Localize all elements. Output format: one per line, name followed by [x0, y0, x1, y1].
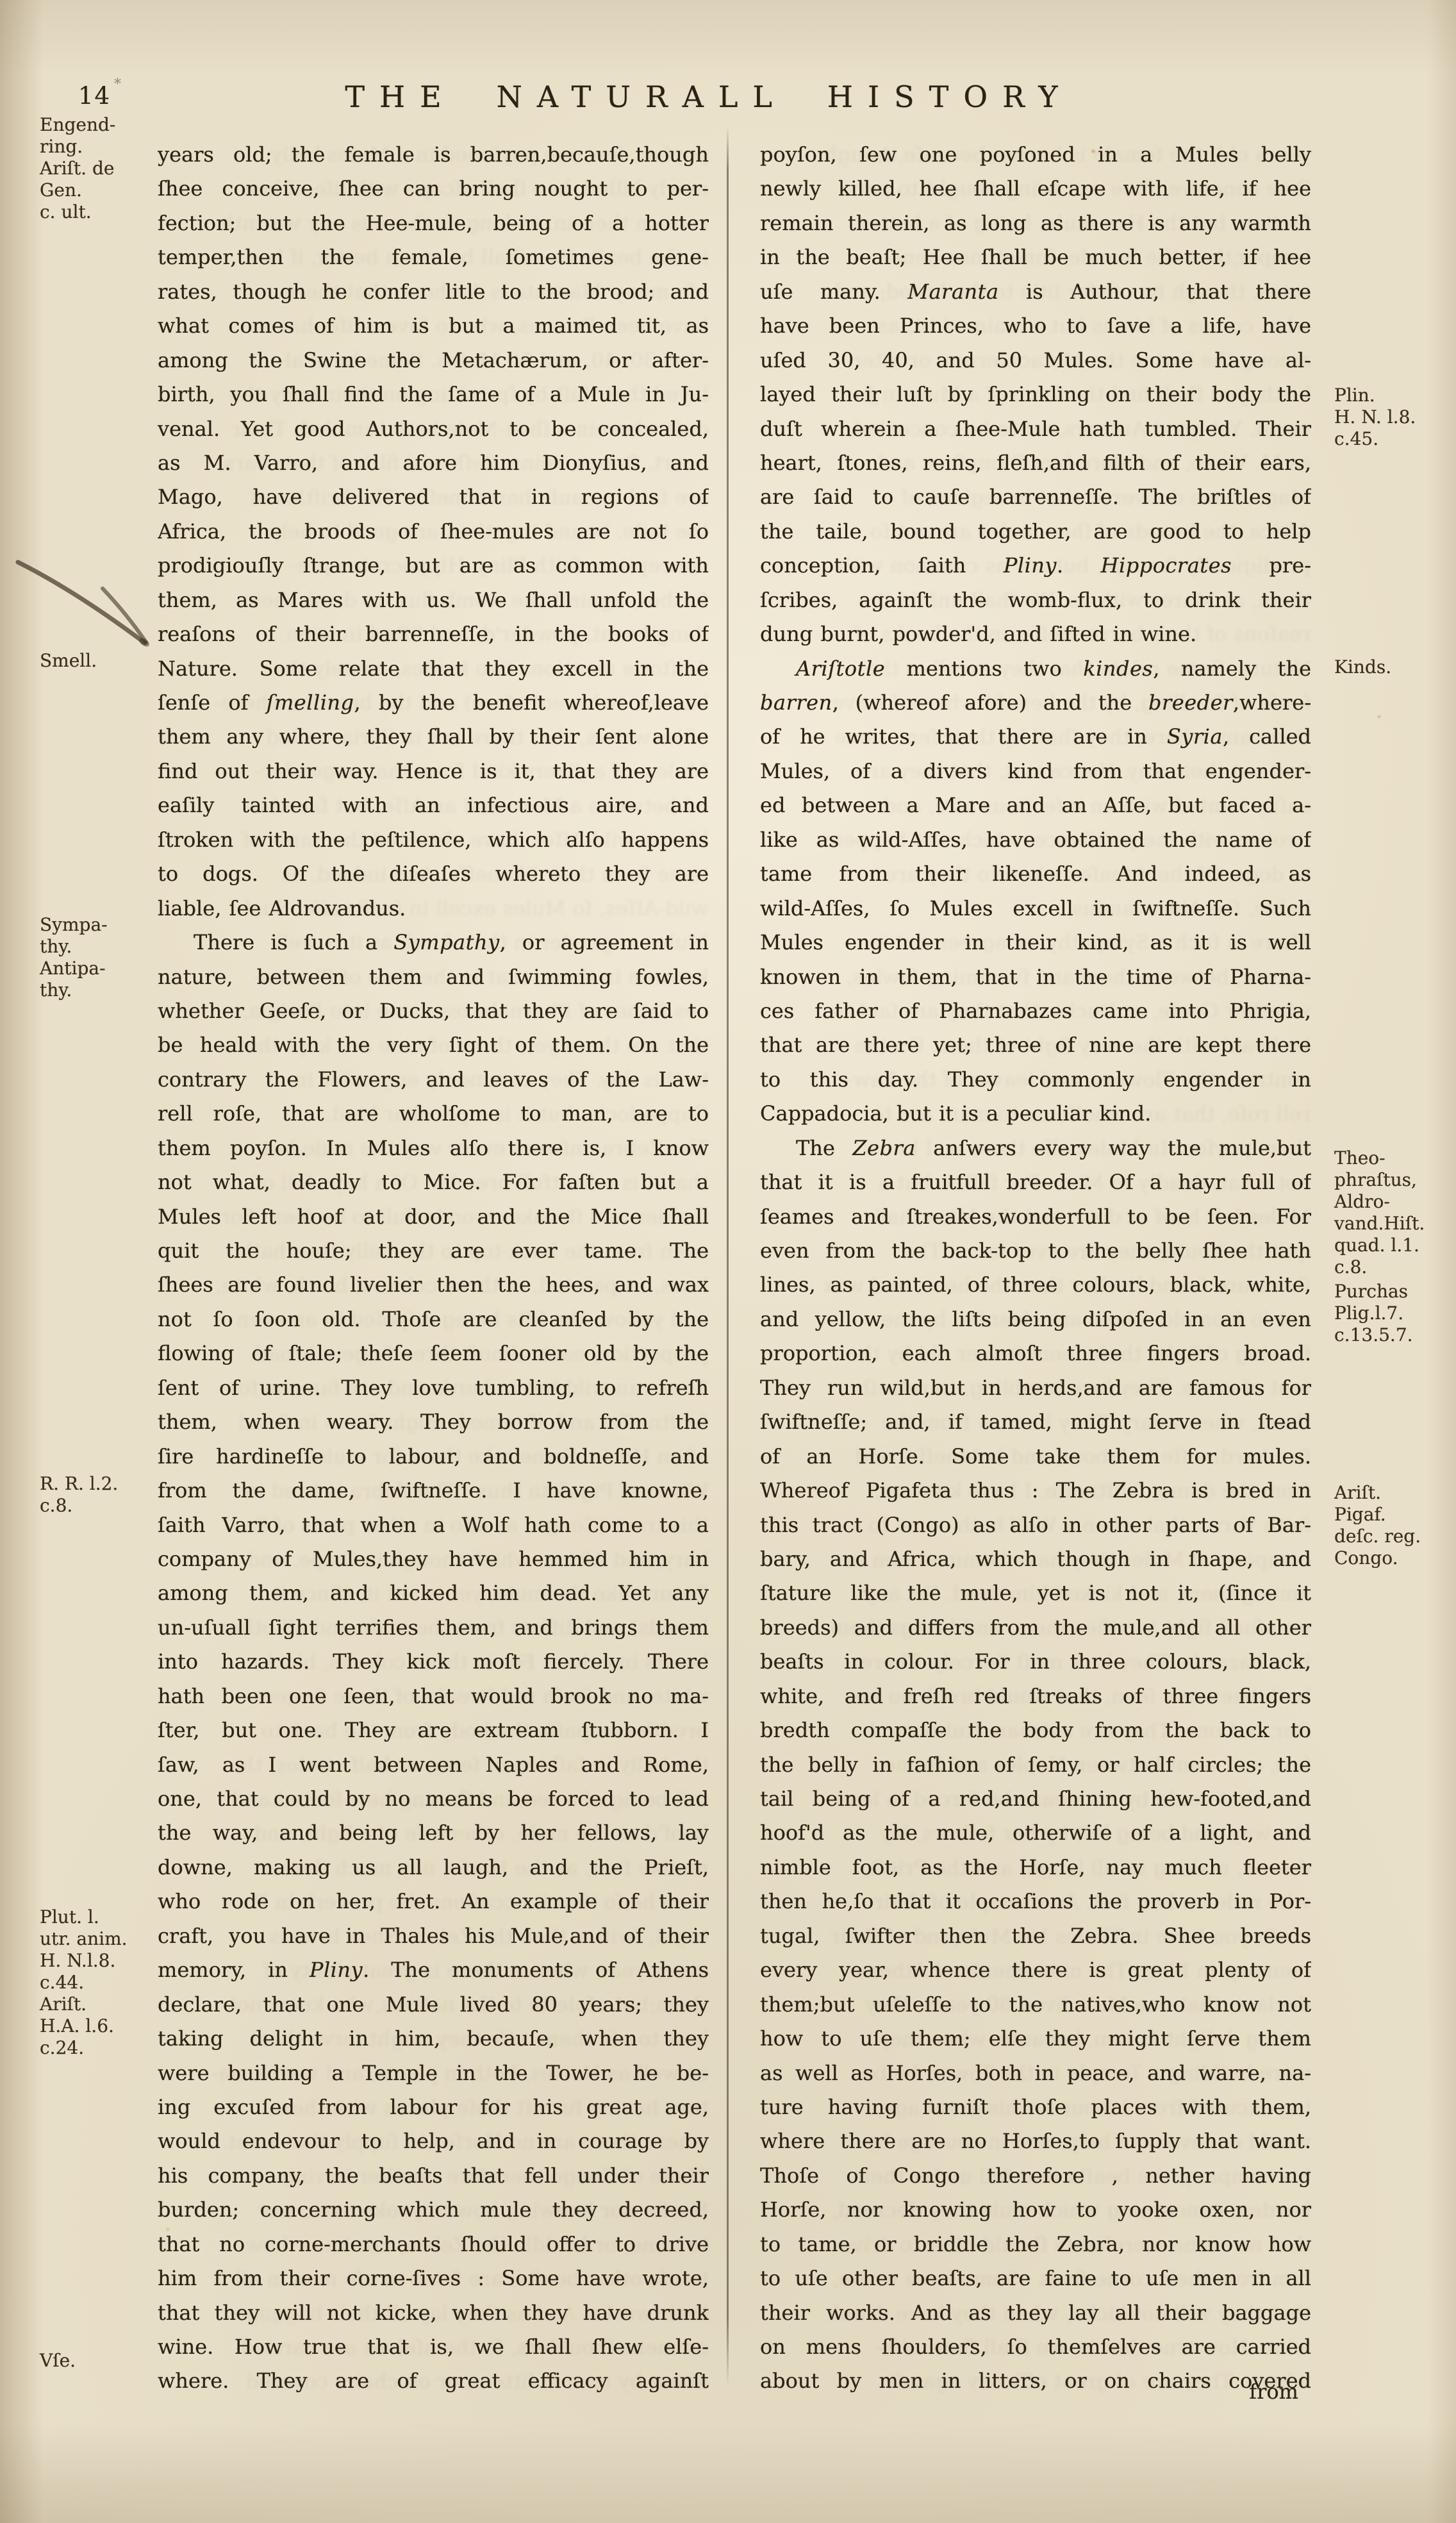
text-line: ing excuſed from labour for his great ag…: [158, 2090, 709, 2124]
text-line: every year, whence there is great plenty…: [760, 1953, 1311, 1987]
text-line: craft, you have in Thales his Mule,and o…: [158, 1919, 709, 1953]
text-line: prodigiouſly ſtrange, but are as common …: [158, 549, 709, 583]
text-line: The Zebra anſwers every way the mule,but: [760, 1131, 1311, 1165]
margin-note-plutarch: Plut. l.utr. anim.H. N.l.8.c.44.Ariſt.H.…: [40, 1906, 155, 2059]
margin-note-line: Ariſt. de: [40, 158, 155, 179]
text-line: ſire hardineſſe to labour, and boldneſſe…: [158, 1440, 709, 1474]
text-line: memory, in Pliny. The monuments of Athen…: [158, 1953, 709, 1987]
text-column-left: years old; the female is barren,becauſe,…: [158, 138, 709, 2399]
text-line: nimble foot, as the Horſe, nay much flee…: [760, 1851, 1311, 1885]
text-line: Horſe, nor knowing how to yooke oxen, no…: [760, 2193, 1311, 2227]
text-line: ſaw, as I went between Naples and Rome,: [158, 1748, 709, 1782]
text-line: not ſo ſoon old. Thoſe are cleanſed by t…: [158, 1303, 709, 1336]
text-line: among them, and kicked him dead. Yet any: [158, 1576, 709, 1610]
text-line: tugal, ſwifter then the Zebra. Shee bree…: [760, 1919, 1311, 1953]
text-line: ſtature like the mule, yet is not it, (ſ…: [760, 1576, 1311, 1610]
text-line: breeds) and differs from the mule,and al…: [760, 1611, 1311, 1645]
text-line: to this day. They commonly engender in: [760, 1063, 1311, 1097]
text-line: that it is a fruitfull breeder. Of a hay…: [760, 1165, 1311, 1199]
margin-note-line: Ariſt.: [40, 1994, 155, 2015]
margin-note-line: thy.: [40, 936, 155, 958]
margin-note-line: quad. l.1.: [1334, 1235, 1453, 1256]
text-line: as well as Horſes, both in peace, and wa…: [760, 2056, 1311, 2090]
text-line: ſeames and ſtreakes,wonderfull to be ſee…: [760, 1200, 1311, 1234]
margin-note-line: H.A. l.6.: [40, 2015, 155, 2037]
margin-note-line: Plin.: [1334, 385, 1453, 406]
text-line: years old; the female is barren,becauſe,…: [158, 138, 709, 172]
text-line: ces father of Pharnabazes came into Phri…: [760, 994, 1311, 1028]
text-line: declare, that one Mule lived 80 years; t…: [158, 1988, 709, 2022]
margin-note-line: c.24.: [40, 2037, 155, 2059]
text-line: tame from their likeneſſe. And indeed, a…: [760, 857, 1311, 891]
margin-note-line: c.44.: [40, 1972, 155, 1994]
margin-note-line: c.13.5.7.: [1334, 1324, 1453, 1346]
text-line: the belly in faſhion of ſemy, or half ci…: [760, 1748, 1311, 1782]
text-line: were building a Temple in the Tower, he …: [158, 2056, 709, 2090]
text-line: ſhee conceive, ſhee can bring nought to …: [158, 172, 709, 206]
margin-note-line: Engend-: [40, 114, 155, 136]
text-line: rates, though he confer litle to the bro…: [158, 275, 709, 309]
text-line: even from the back-top to the belly ſhee…: [760, 1234, 1311, 1268]
text-line: remain therein, as long as there is any …: [760, 206, 1311, 240]
text-line: where. They are of great efficacy againſ…: [158, 2364, 709, 2398]
text-line: his company, the beaſts that fell under …: [158, 2159, 709, 2193]
text-line: heart, ſtones, reins, fleſh,and filth of…: [760, 446, 1311, 480]
text-line: the taile, bound together, are good to h…: [760, 515, 1311, 549]
text-line: un-uſuall ſight terrifies them, and brin…: [158, 1611, 709, 1645]
text-line: proportion, each almoſt three fingers br…: [760, 1336, 1311, 1370]
text-line: to tame, or briddle the Zebra, nor know …: [760, 2227, 1311, 2261]
text-line: of he writes, that there are in Syria, c…: [760, 720, 1311, 754]
margin-note-line: phraſtus,: [1334, 1169, 1453, 1191]
text-line: ed between a Mare and an Aſſe, but faced…: [760, 788, 1311, 822]
margin-note-line: deſc. reg.: [1334, 1526, 1453, 1547]
text-line: hoof'd as the mule, otherwiſe of a light…: [760, 1816, 1311, 1850]
text-line: fection; but the Hee-mule, being of a ho…: [158, 206, 709, 240]
text-line: nature, between them and ſwimming fowles…: [158, 960, 709, 994]
text-line: newly killed, hee ſhall eſcape with life…: [760, 172, 1311, 206]
margin-note-line: Plig.l.7.: [1334, 1303, 1453, 1324]
text-line: wine. How true that is, we ſhall ſhew el…: [158, 2330, 709, 2364]
margin-note-line: Congo.: [1334, 1547, 1453, 1569]
text-line: have been Princes, who to ſave a life, h…: [760, 309, 1311, 343]
text-line: as M. Varro, and afore him Dionyſius, an…: [158, 446, 709, 480]
margin-note-line: Gen.: [40, 179, 155, 201]
text-line: are ſaid to cauſe barrenneſſe. The briſt…: [760, 480, 1311, 514]
text-line: Whereof Pigafeta thus : The Zebra is bre…: [760, 1474, 1311, 1508]
margin-note-line: c.8.: [1334, 1256, 1453, 1278]
text-line: burden; concerning which mule they decre…: [158, 2193, 709, 2227]
text-line: bredth compaſſe the body from the back t…: [760, 1713, 1311, 1747]
text-line: taking delight in him, becauſe, when the…: [158, 2022, 709, 2056]
text-line: rell roſe, that are wholſome to man, are…: [158, 1097, 709, 1131]
margin-note-line: c.45.: [1334, 428, 1453, 450]
margin-note-pliny: Plin.H. N. l.8.c.45.: [1334, 385, 1453, 450]
text-line: downe, making us all laugh, and the Prie…: [158, 1851, 709, 1885]
margin-note-line: c. ult.: [40, 201, 155, 223]
text-line: layed their luſt by ſprinkling on their …: [760, 378, 1311, 412]
text-line: wild-Aſſes, ſo Mules excell in ſwiftneſſ…: [760, 892, 1311, 926]
text-line: duſt wherein a ſhee-Mule hath tumbled. T…: [760, 412, 1311, 446]
text-line: ſhees are found livelier then the hees, …: [158, 1268, 709, 1302]
margin-note-line: Pigaf.: [1334, 1504, 1453, 1526]
text-line: beaſts in colour. For in three colours, …: [760, 1645, 1311, 1679]
text-line: Ariſtotle mentions two kindes, namely th…: [760, 652, 1311, 686]
text-line: venal. Yet good Authors,not to be concea…: [158, 412, 709, 446]
text-line: Mago, have delivered that in regions of: [158, 480, 709, 514]
text-line: this tract (Congo) as alſo in other part…: [760, 1508, 1311, 1542]
margin-note-line: H. N. l.8.: [1334, 406, 1453, 428]
text-line: quit the houſe; they are ever tame. The: [158, 1234, 709, 1268]
margin-note-line: Kinds.: [1334, 656, 1453, 678]
text-line: uſed 30, 40, and 50 Mules. Some have al-: [760, 344, 1311, 378]
text-line: Mules engender in their kind, as it is w…: [760, 926, 1311, 960]
text-line: conception, ſaith Pliny. Hippocrates pre…: [760, 549, 1311, 583]
text-line: contrary the Flowers, and leaves of the …: [158, 1063, 709, 1097]
text-line: them poyſon. In Mules alſo there is, I k…: [158, 1131, 709, 1165]
text-line: ſtroken with the peſtilence, which alſo …: [158, 823, 709, 857]
text-line: to uſe other beaſts, are faine to uſe me…: [760, 2261, 1311, 2295]
text-line: to dogs. Of the diſeaſes whereto they ar…: [158, 857, 709, 891]
margin-note-line: Aldro-: [1334, 1191, 1453, 1213]
text-line: in the beaſt; Hee ſhall be much better, …: [760, 240, 1311, 274]
book-page: 14 ⁎ THE NATURALL HISTORY poyſon, ſew on…: [0, 0, 1456, 2523]
text-line: from the dame, ſwiftneſſe. I have knowne…: [158, 1474, 709, 1508]
text-line: ſcribes, againſt the womb-flux, to drink…: [760, 583, 1311, 617]
margin-note-line: Ariſt.: [1334, 1482, 1453, 1504]
text-line: then he,ſo that it occaſions the proverb…: [760, 1885, 1311, 1919]
margin-note-line: c.8.: [40, 1495, 155, 1517]
text-line: on mens ſhoulders, ſo themſelves are car…: [760, 2330, 1311, 2364]
text-line: birth, you ſhall find the ſame of a Mule…: [158, 378, 709, 412]
text-line: find out their way. Hence is it, that th…: [158, 754, 709, 788]
text-line: ſwiftneſſe; and, if tamed, might ſerve i…: [760, 1405, 1311, 1439]
margin-note-line: Purchas: [1334, 1281, 1453, 1303]
text-line: company of Mules,they have hemmed him in: [158, 1542, 709, 1576]
text-line: poyſon, ſew one poyſoned in a Mules bell…: [760, 138, 1311, 172]
margin-note-line: thy.: [40, 979, 155, 1001]
margin-note-line: Antipa-: [40, 958, 155, 979]
text-line: ſter, but one. They are extream ſtubborn…: [158, 1713, 709, 1747]
column-divider-rule: [727, 126, 729, 2386]
text-line: Mules left hoof at door, and the Mice ſh…: [158, 1200, 709, 1234]
text-line: be heald with the very ſight of them. On…: [158, 1028, 709, 1062]
text-line: hath been one ſeen, that would brook no …: [158, 1679, 709, 1713]
text-line: Cappadocia, but it is a peculiar kind.: [760, 1097, 1311, 1131]
running-title: THE NATURALL HISTORY: [0, 79, 1418, 114]
text-line: one, that could by no means be forced to…: [158, 1782, 709, 1816]
text-line: what comes of him is but a maimed tit, a…: [158, 309, 709, 343]
margin-note-theophrastus: Theo-phraſtus,Aldro-vand.Hiſt.quad. l.1.…: [1334, 1147, 1453, 1278]
text-line: that are there yet; three of nine are ke…: [760, 1028, 1311, 1062]
text-line: him from their corne-ſives : Some have w…: [158, 2261, 709, 2295]
text-line: There is ſuch a Sympathy, or agreement i…: [158, 926, 709, 960]
margin-note-line: Theo-: [1334, 1147, 1453, 1169]
text-line: them any where, they ſhall by their ſent…: [158, 720, 709, 754]
text-line: like as wild-Aſſes, have obtained the na…: [760, 823, 1311, 857]
text-line: that they will not kicke, when they have…: [158, 2296, 709, 2330]
margin-note-purchas: PurchasPlig.l.7.c.13.5.7.: [1334, 1281, 1453, 1346]
text-line: temper,then the female, ſometimes gene-: [158, 240, 709, 274]
margin-note-line: Vſe.: [40, 2350, 155, 2372]
catchword: from: [760, 2379, 1298, 2404]
text-line: uſe many. Maranta is Authour, that there: [760, 275, 1311, 309]
margin-note-line: utr. anim.: [40, 1928, 155, 1950]
text-line: dung burnt, powder'd, and ſifted in wine…: [760, 617, 1311, 651]
text-line: whether Geeſe, or Ducks, that they are ſ…: [158, 994, 709, 1028]
text-line: and yellow, the liſts being diſpoſed in …: [760, 1303, 1311, 1336]
text-line: Mules, of a divers kind from that engend…: [760, 754, 1311, 788]
text-line: Africa, the broods of ſhee-mules are not…: [158, 515, 709, 549]
text-line: knowen in them, that in the time of Phar…: [760, 960, 1311, 994]
text-line: among the Swine the Metachærum, or after…: [158, 344, 709, 378]
text-line: them;but uſeleſſe to the natives,who kno…: [760, 1988, 1311, 2022]
text-line: liable, ſee Aldrovandus.: [158, 892, 709, 926]
text-line: eaſily tainted with an infectious aire, …: [158, 788, 709, 822]
text-column-right: poyſon, ſew one poyſoned in a Mules bell…: [760, 138, 1311, 2399]
margin-note-sympathy: Sympa-thy.Antipa-thy.: [40, 914, 155, 1001]
text-line: They run wild,but in herds,and are famou…: [760, 1371, 1311, 1405]
text-line: that no corne-merchants ſhould offer to …: [158, 2227, 709, 2261]
margin-note-smell: Smell.: [40, 650, 155, 672]
text-line: their works. And as they lay all their b…: [760, 2296, 1311, 2330]
text-line: into hazards. They kick moſt fiercely. T…: [158, 1645, 709, 1679]
text-line: of an Horſe. Some take them for mules.: [760, 1440, 1311, 1474]
text-line: reaſons of their barrenneſſe, in the boo…: [158, 617, 709, 651]
text-line: ſaith Varro, that when a Wolf hath come …: [158, 1508, 709, 1542]
margin-note-line: ring.: [40, 136, 155, 158]
text-line: them, when weary. They borrow from the: [158, 1405, 709, 1439]
text-line: where there are no Horſes,to ſupply that…: [760, 2124, 1311, 2158]
text-line: ture having furniſt thoſe places with th…: [760, 2090, 1311, 2124]
margin-note-line: H. N.l.8.: [40, 1950, 155, 1972]
margin-note-rr: R. R. l.2.c.8.: [40, 1473, 155, 1517]
text-line: the way, and being left by her fellows, …: [158, 1816, 709, 1850]
margin-note-line: Plut. l.: [40, 1906, 155, 1928]
text-line: ſenſe of ſmelling, by the benefit whereo…: [158, 686, 709, 720]
margin-note-engendring: Engend-ring.Ariſt. deGen.c. ult.: [40, 114, 155, 223]
margin-note-line: R. R. l.2.: [40, 1473, 155, 1495]
text-line: how to uſe them; elſe they might ſerve t…: [760, 2022, 1311, 2056]
text-line: Thoſe of Congo therefore , nether having: [760, 2159, 1311, 2193]
text-line: Nature. Some relate that they excell in …: [158, 652, 709, 686]
text-line: white, and freſh red ſtreaks of three fi…: [760, 1679, 1311, 1713]
text-line: lines, as painted, of three colours, bla…: [760, 1268, 1311, 1302]
text-line: them, as Mares with us. We ſhall unfold …: [158, 583, 709, 617]
text-line: not what, deadly to Mice. For faſten but…: [158, 1165, 709, 1199]
margin-note-line: vand.Hiſt.: [1334, 1213, 1453, 1235]
text-line: barren, (whereof afore) and the breeder,…: [760, 686, 1311, 720]
text-line: ſent of urine. They love tumbling, to re…: [158, 1371, 709, 1405]
text-line: tail being of a red,and ſhining hew-foot…: [760, 1782, 1311, 1816]
margin-note-pigafetta: Ariſt.Pigaf.deſc. reg.Congo.: [1334, 1482, 1453, 1569]
text-line: bary, and Africa, which though in ſhape,…: [760, 1542, 1311, 1576]
text-line: flowing of ſtale; theſe ſeem ſooner old …: [158, 1336, 709, 1370]
margin-note-line: Smell.: [40, 650, 155, 672]
margin-note-kinds: Kinds.: [1334, 656, 1453, 678]
text-line: who rode on her, fret. An example of the…: [158, 1885, 709, 1919]
margin-note-line: Sympa-: [40, 914, 155, 936]
text-line: would endevour to help, and in courage b…: [158, 2124, 709, 2158]
margin-note-use: Vſe.: [40, 2350, 155, 2372]
